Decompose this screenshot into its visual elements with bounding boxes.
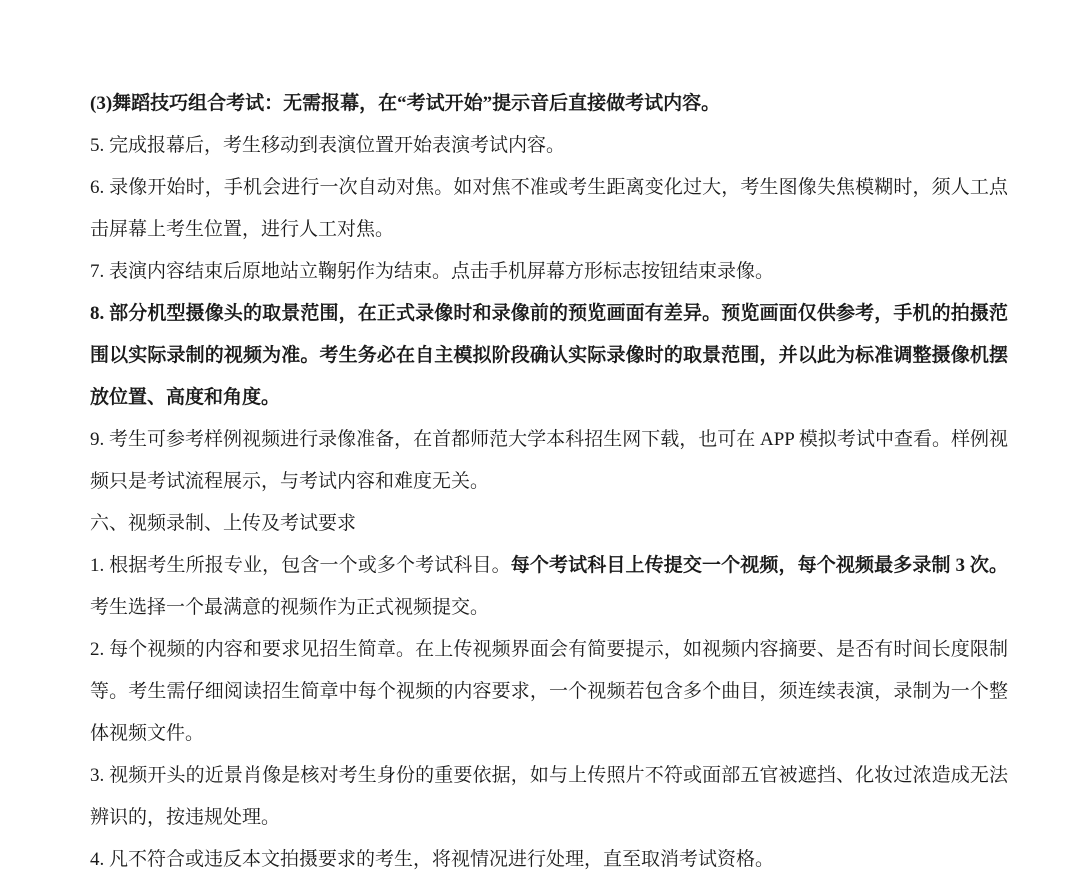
document-body: (3)舞蹈技巧组合考试：无需报幕，在“考试开始”提示音后直接做考试内容。5. 完…: [90, 83, 1008, 881]
paragraph: 1. 根据考生所报专业，包含一个或多个考试科目。每个考试科目上传提交一个视频，每…: [90, 545, 1008, 629]
document-page: { "page": { "background_color": "#ffffff…: [0, 0, 1080, 886]
section-heading: 六、视频录制、上传及考试要求: [90, 503, 1008, 545]
text-segment: 1. 根据考生所报专业，包含一个或多个考试科目。: [90, 555, 511, 576]
paragraph: 8. 部分机型摄像头的取景范围，在正式录像时和录像前的预览画面有差异。预览画面仅…: [90, 293, 1008, 419]
paragraph: 3. 视频开头的近景肖像是核对考生身份的重要依据，如与上传照片不符或面部五官被遮…: [90, 755, 1008, 839]
bold-text-segment: (3)舞蹈技巧组合考试：无需报幕，在“考试开始”提示音后直接做考试内容。: [90, 93, 720, 114]
paragraph: 5. 完成报幕后，考生移动到表演位置开始表演考试内容。: [90, 125, 1008, 167]
paragraph: 6. 录像开始时，手机会进行一次自动对焦。如对焦不准或考生距离变化过大，考生图像…: [90, 167, 1008, 251]
text-segment: 3. 视频开头的近景肖像是核对考生身份的重要依据，如与上传照片不符或面部五官被遮…: [90, 765, 1008, 828]
paragraph: 7. 表演内容结束后原地站立鞠躬作为结束。点击手机屏幕方形标志按钮结束录像。: [90, 251, 1008, 293]
bold-text-segment: 8. 部分机型摄像头的取景范围，在正式录像时和录像前的预览画面有差异。预览画面仅…: [90, 303, 1008, 408]
text-segment: 5. 完成报幕后，考生移动到表演位置开始表演考试内容。: [90, 135, 565, 156]
text-segment: 考生选择一个最满意的视频作为正式视频提交。: [90, 597, 489, 618]
text-segment: 6. 录像开始时，手机会进行一次自动对焦。如对焦不准或考生距离变化过大，考生图像…: [90, 177, 1008, 240]
text-segment: 2. 每个视频的内容和要求见招生简章。在上传视频界面会有简要提示，如视频内容摘要…: [90, 639, 1008, 744]
paragraph: 4. 凡不符合或违反本文拍摄要求的考生，将视情况进行处理，直至取消考试资格。: [90, 839, 1008, 881]
bold-text-segment: 每个考试科目上传提交一个视频，每个视频最多录制 3 次。: [511, 555, 1008, 576]
paragraph: 2. 每个视频的内容和要求见招生简章。在上传视频界面会有简要提示，如视频内容摘要…: [90, 629, 1008, 755]
text-segment: 7. 表演内容结束后原地站立鞠躬作为结束。点击手机屏幕方形标志按钮结束录像。: [90, 261, 774, 282]
text-segment: 4. 凡不符合或违反本文拍摄要求的考生，将视情况进行处理，直至取消考试资格。: [90, 849, 774, 870]
paragraph: 9. 考生可参考样例视频进行录像准备，在首都师范大学本科招生网下载，也可在 AP…: [90, 419, 1008, 503]
text-segment: 9. 考生可参考样例视频进行录像准备，在首都师范大学本科招生网下载，也可在 AP…: [90, 429, 1008, 492]
paragraph: (3)舞蹈技巧组合考试：无需报幕，在“考试开始”提示音后直接做考试内容。: [90, 83, 1008, 125]
text-segment: 六、视频录制、上传及考试要求: [90, 513, 356, 534]
